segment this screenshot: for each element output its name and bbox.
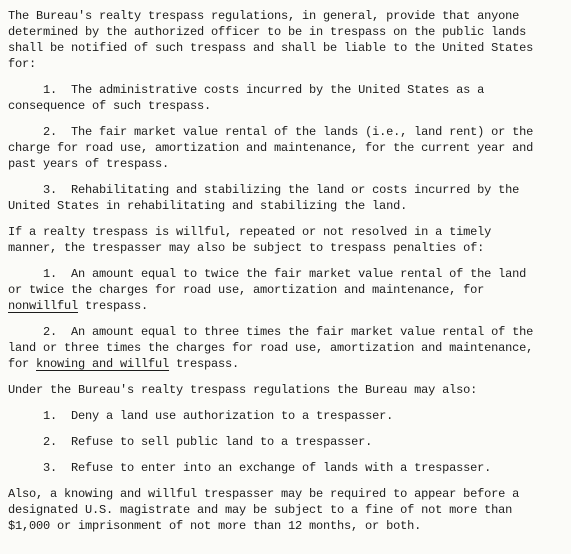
document-page: The Bureau's realty trespass regulations… [0,0,571,554]
para-intro-text: The Bureau's realty trespass regulations… [8,9,533,71]
list-penalty-item-1-tail: trespass. [78,299,148,313]
list-liable-item-2-text: 2. The fair market value rental of the l… [8,125,533,171]
list-action-item-2: 2. Refuse to sell public land to a tresp… [8,434,567,450]
para-bureau-may-also-text: Under the Bureau's realty trespass regul… [8,383,477,397]
para-intro: The Bureau's realty trespass regulations… [8,8,567,72]
list-penalty-item-1-underlined-term: nonwillful [8,299,78,313]
list-liable-item-3: 3. Rehabilitating and stabilizing the la… [8,182,567,214]
list-penalty-item-2-tail: trespass. [169,357,239,371]
list-liable-item-2: 2. The fair market value rental of the l… [8,124,567,172]
list-action-item-3-text: 3. Refuse to enter into an exchange of l… [8,461,491,475]
para-magistrate: Also, a knowing and willful trespasser m… [8,486,567,534]
list-liable-item-1: 1. The administrative costs incurred by … [8,82,567,114]
list-penalty-item-1-text: 1. An amount equal to twice the fair mar… [8,267,526,297]
para-penalties-intro-text: If a realty trespass is willful, repeate… [8,225,491,255]
list-liable-item-1-text: 1. The administrative costs incurred by … [8,83,484,113]
list-action-item-2-text: 2. Refuse to sell public land to a tresp… [8,435,372,449]
list-action-item-1-text: 1. Deny a land use authorization to a tr… [8,409,393,423]
list-penalty-item-2-underlined-term: knowing and willful [36,357,169,371]
list-action-item-3: 3. Refuse to enter into an exchange of l… [8,460,567,476]
list-action-item-1: 1. Deny a land use authorization to a tr… [8,408,567,424]
list-penalty-item-2: 2. An amount equal to three times the fa… [8,324,567,372]
list-liable-item-3-text: 3. Rehabilitating and stabilizing the la… [8,183,519,213]
para-bureau-may-also: Under the Bureau's realty trespass regul… [8,382,567,398]
para-magistrate-text: Also, a knowing and willful trespasser m… [8,487,519,533]
list-penalty-item-1: 1. An amount equal to twice the fair mar… [8,266,567,314]
para-penalties-intro: If a realty trespass is willful, repeate… [8,224,567,256]
